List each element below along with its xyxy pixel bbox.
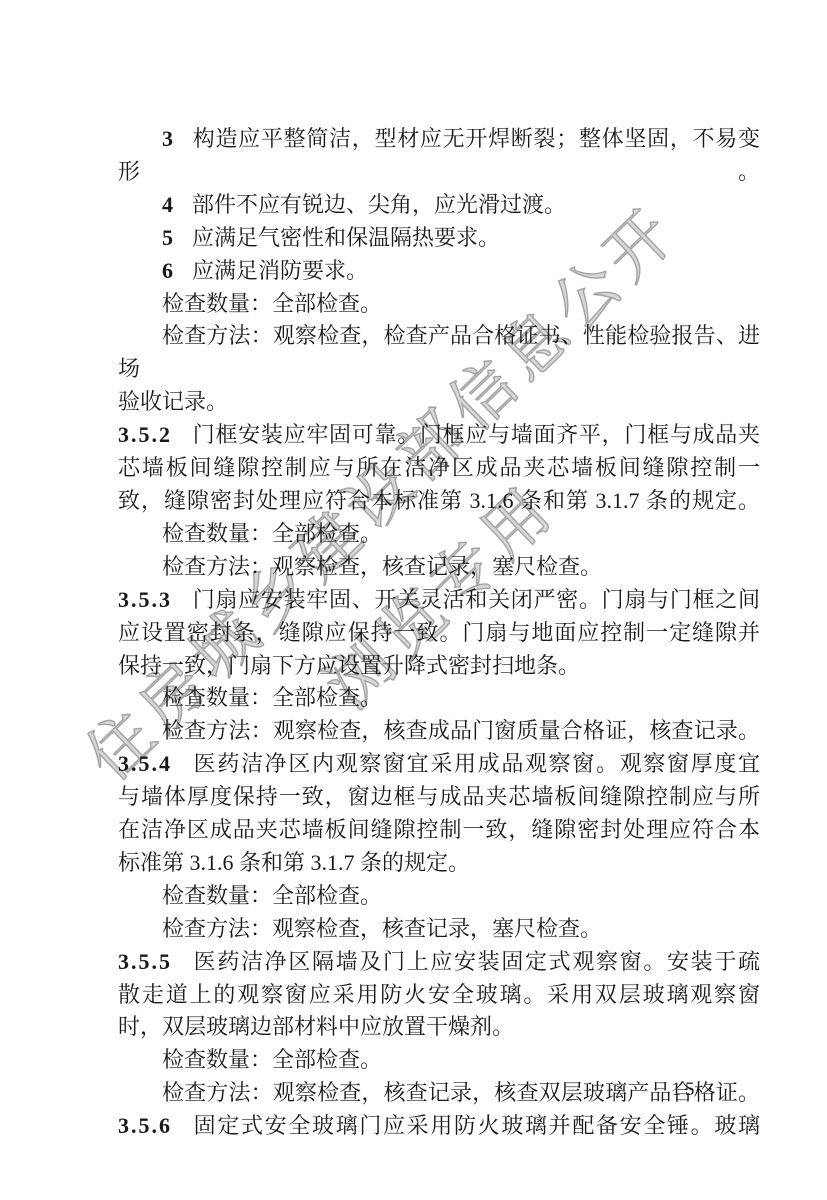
text-line: 检查数量：全部检查。 — [118, 518, 760, 551]
body-paragraph: 检查数量：全部检查。 — [118, 288, 760, 321]
text-line-content: 应设置密封条，缝隙应保持一致。门扇与地面应控制一定缝隙并 — [118, 620, 760, 645]
text-line-content: 检查方法：观察检查，核查记录，塞尺检查。 — [162, 916, 602, 941]
text-line-content: 3.5.5医药洁净区隔墙及门上应安装固定式观察窗。安装于疏 — [118, 949, 760, 974]
text-line: 致，缝隙密封处理应符合本标准第 3.1.6 条和第 3.1.7 条的规定。 — [118, 485, 760, 518]
text-line-content: 在洁净区成品夹芯墙板间缝隙控制一致，缝隙密封处理应符合本 — [118, 817, 760, 842]
body-paragraph: 检查方法：观察检查，核查记录，塞尺检查。 — [118, 551, 760, 584]
text-line: 检查方法：观察检查，核查成品门窗质量合格证，核查记录。 — [118, 715, 760, 748]
text-line: 检查方法：观察检查，检查产品合格证书、性能检验报告、进场 — [118, 320, 760, 386]
clause-number: 3.5.2 — [118, 422, 172, 447]
text-line: 3构造应平整简洁，型材应无开焊断裂；整体坚固，不易变形。 — [118, 123, 760, 189]
item-number: 4 — [162, 192, 173, 217]
item-number: 5 — [162, 225, 173, 250]
text-line-content: 与墙体厚度保持一致，窗边框与成品夹芯墙板间缝隙控制应与所 — [118, 784, 760, 809]
text-line: 3.5.2门框安装应牢固可靠。门框应与墙面齐平，门框与成品夹 — [118, 419, 760, 452]
clause-number: 3.5.6 — [118, 1113, 172, 1138]
text-line-content: 芯墙板间缝隙控制应与所在洁净区成品夹芯墙板间缝隙控制一 — [118, 455, 760, 480]
text-line-content: 标准第 3.1.6 条和第 3.1.7 条的规定。 — [118, 850, 470, 875]
text-line-content: 6应满足消防要求。 — [162, 258, 368, 283]
text-line-content: 致，缝隙密封处理应符合本标准第 3.1.6 条和第 3.1.7 条的规定。 — [118, 488, 760, 513]
clause-paragraph: 3.5.4医药洁净区内观察窗宜采用成品观察窗。观察窗厚度宜与墙体厚度保持一致，窗… — [118, 748, 760, 880]
text-line: 标准第 3.1.6 条和第 3.1.7 条的规定。 — [118, 847, 760, 880]
text-line: 检查数量：全部检查。 — [118, 1044, 760, 1077]
clause-paragraph: 3.5.2门框安装应牢固可靠。门框应与墙面齐平，门框与成品夹芯墙板间缝隙控制应与… — [118, 419, 760, 518]
body-paragraph: 检查数量：全部检查。 — [118, 518, 760, 551]
page-number: · 15 · — [640, 1079, 730, 1101]
text-line: 应设置密封条，缝隙应保持一致。门扇与地面应控制一定缝隙并 — [118, 617, 760, 650]
clause-paragraph: 3.5.6固定式安全玻璃门应采用防火玻璃并配备安全锤。玻璃 — [118, 1110, 760, 1143]
text-line-content: 5应满足气密性和保温隔热要求。 — [162, 225, 500, 250]
text-line-content: 3.5.2门框安装应牢固可靠。门框应与墙面齐平，门框与成品夹 — [118, 422, 760, 447]
text-line: 在洁净区成品夹芯墙板间缝隙控制一致，缝隙密封处理应符合本 — [118, 814, 760, 847]
item-number: 3 — [162, 126, 173, 151]
text-line-content: 检查数量：全部检查。 — [162, 883, 382, 908]
body-paragraph: 检查方法：观察检查，检查产品合格证书、性能检验报告、进场验收记录。 — [118, 320, 760, 419]
body-paragraph: 检查数量：全部检查。 — [118, 880, 760, 913]
text-line: 6应满足消防要求。 — [118, 255, 760, 288]
text-line-content: 检查数量：全部检查。 — [162, 1047, 382, 1072]
clause-paragraph: 3.5.3门扇应安装牢固、开关灵活和关闭严密。门扇与门框之间应设置密封条，缝隙应… — [118, 584, 760, 683]
text-line: 验收记录。 — [118, 386, 760, 419]
text-line-content: 检查方法：观察检查，核查成品门窗质量合格证，核查记录。 — [162, 718, 760, 743]
text-line: 5应满足气密性和保温隔热要求。 — [118, 222, 760, 255]
text-line: 时，双层玻璃边部材料中应放置干燥剂。 — [118, 1011, 760, 1044]
document-content: 3构造应平整简洁，型材应无开焊断裂；整体坚固，不易变形。4部件不应有锐边、尖角，… — [118, 123, 760, 1143]
text-line-content: 检查数量：全部检查。 — [162, 685, 382, 710]
document-page: 住房城乡建设部信息公开 浏览专用 3构造应平整简洁，型材应无开焊断裂；整体坚固，… — [0, 0, 827, 1200]
body-paragraph: 检查数量：全部检查。 — [118, 682, 760, 715]
text-line: 与墙体厚度保持一致，窗边框与成品夹芯墙板间缝隙控制应与所 — [118, 781, 760, 814]
text-line-content: 3.5.4医药洁净区内观察窗宜采用成品观察窗。观察窗厚度宜 — [118, 751, 760, 776]
text-line: 芯墙板间缝隙控制应与所在洁净区成品夹芯墙板间缝隙控制一 — [118, 452, 760, 485]
text-line-content: 验收记录。 — [118, 389, 228, 414]
text-line: 3.5.3门扇应安装牢固、开关灵活和关闭严密。门扇与门框之间 — [118, 584, 760, 617]
clause-number: 3.5.3 — [118, 587, 172, 612]
numbered-item: 6应满足消防要求。 — [118, 255, 760, 288]
text-line: 检查数量：全部检查。 — [118, 682, 760, 715]
text-line: 保持一致，门扇下方应设置升降式密封扫地条。 — [118, 650, 760, 683]
text-line-content: 检查数量：全部检查。 — [162, 291, 382, 316]
text-line: 3.5.4医药洁净区内观察窗宜采用成品观察窗。观察窗厚度宜 — [118, 748, 760, 781]
text-line: 检查方法：观察检查，核查记录，塞尺检查。 — [118, 551, 760, 584]
clause-number: 3.5.5 — [118, 949, 172, 974]
text-line-content: 时，双层玻璃边部材料中应放置干燥剂。 — [118, 1014, 514, 1039]
text-line-content: 3构造应平整简洁，型材应无开焊断裂；整体坚固，不易变形。 — [118, 126, 760, 184]
body-paragraph: 检查方法：观察检查，核查成品门窗质量合格证，核查记录。 — [118, 715, 760, 748]
text-line-content: 检查方法：观察检查，检查产品合格证书、性能检验报告、进场 — [118, 323, 760, 381]
numbered-item: 5应满足气密性和保温隔热要求。 — [118, 222, 760, 255]
item-number: 6 — [162, 258, 173, 283]
text-line-content: 保持一致，门扇下方应设置升降式密封扫地条。 — [118, 653, 580, 678]
numbered-item: 3构造应平整简洁，型材应无开焊断裂；整体坚固，不易变形。 — [118, 123, 760, 189]
body-paragraph: 检查方法：观察检查，核查记录，塞尺检查。 — [118, 913, 760, 946]
clause-number: 3.5.4 — [118, 751, 172, 776]
text-line-content: 散走道上的观察窗应采用防火安全玻璃。采用双层玻璃观察窗 — [118, 982, 760, 1007]
text-line-content: 检查数量：全部检查。 — [162, 521, 382, 546]
numbered-item: 4部件不应有锐边、尖角，应光滑过渡。 — [118, 189, 760, 222]
text-line: 3.5.6固定式安全玻璃门应采用防火玻璃并配备安全锤。玻璃 — [118, 1110, 760, 1143]
text-line-content: 3.5.3门扇应安装牢固、开关灵活和关闭严密。门扇与门框之间 — [118, 587, 760, 612]
text-line-content: 检查方法：观察检查，核查记录，塞尺检查。 — [162, 554, 602, 579]
text-line-content: 4部件不应有锐边、尖角，应光滑过渡。 — [162, 192, 566, 217]
text-line: 检查方法：观察检查，核查记录，塞尺检查。 — [118, 913, 760, 946]
clause-paragraph: 3.5.5医药洁净区隔墙及门上应安装固定式观察窗。安装于疏散走道上的观察窗应采用… — [118, 946, 760, 1045]
body-paragraph: 检查数量：全部检查。 — [118, 1044, 760, 1077]
text-line: 3.5.5医药洁净区隔墙及门上应安装固定式观察窗。安装于疏 — [118, 946, 760, 979]
text-line: 检查数量：全部检查。 — [118, 288, 760, 321]
text-line: 检查数量：全部检查。 — [118, 880, 760, 913]
text-line: 4部件不应有锐边、尖角，应光滑过渡。 — [118, 189, 760, 222]
text-line: 散走道上的观察窗应采用防火安全玻璃。采用双层玻璃观察窗 — [118, 979, 760, 1012]
text-line-content: 3.5.6固定式安全玻璃门应采用防火玻璃并配备安全锤。玻璃 — [118, 1113, 760, 1138]
